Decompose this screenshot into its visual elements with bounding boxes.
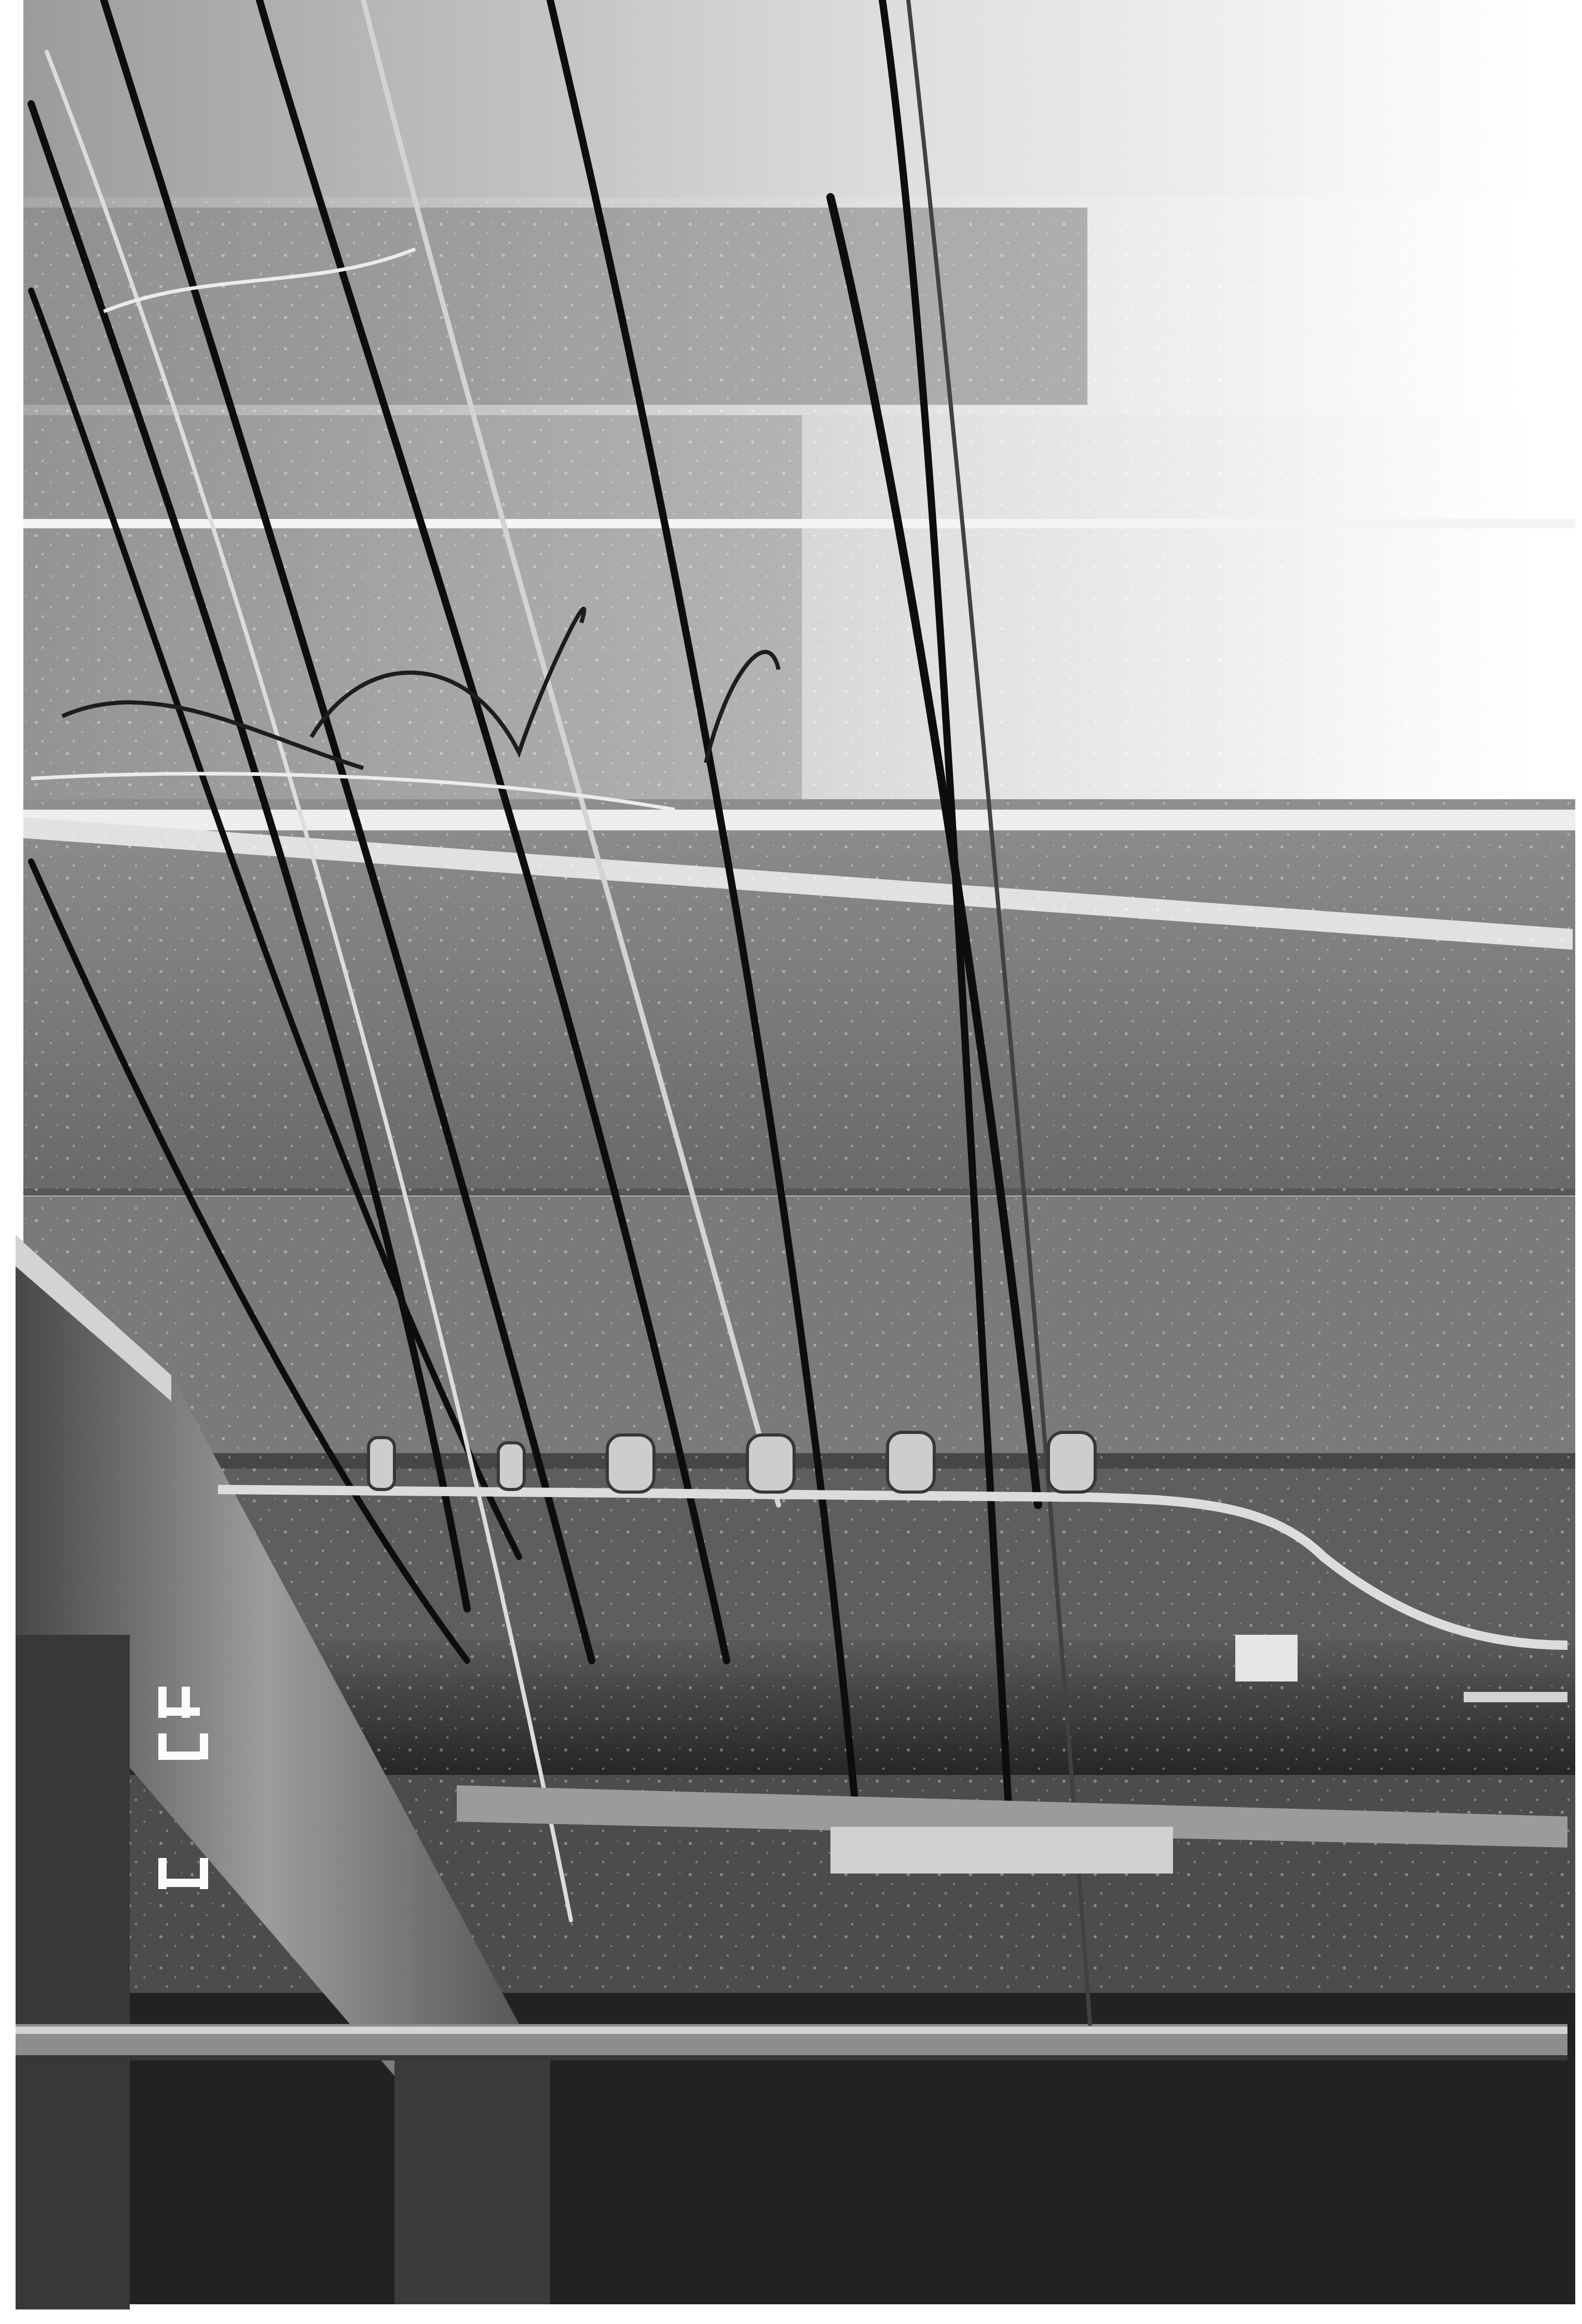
photograph xyxy=(0,0,1582,2324)
top-board xyxy=(23,0,1575,197)
